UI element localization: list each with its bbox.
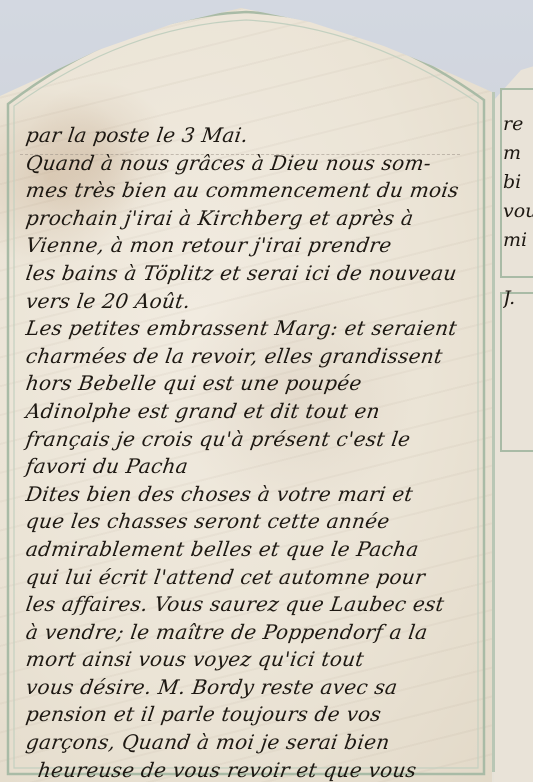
text-line: mes très bien au commencement du mois [24, 177, 490, 205]
side-line: re [503, 110, 533, 139]
text-line: heureuse de vous revoir et que vous [24, 757, 490, 782]
letter-body: par la poste le 3 Mai. Quand à nous grâc… [26, 122, 488, 782]
second-sheet-text: re m bi vou mi J. [503, 110, 533, 313]
letter-page: par la poste le 3 Mai. Quand à nous grâc… [0, 8, 492, 782]
text-line: Dites bien des choses à votre mari et [24, 481, 490, 509]
text-line: français je crois qu'à présent c'est le [24, 426, 490, 454]
side-line: vou [503, 197, 533, 226]
text-line: charmées de la revoir, elles grandissent [24, 343, 490, 371]
text-line: prochain j'irai à Kirchberg et après à [24, 205, 490, 233]
text-line: vers le 20 Août. [24, 288, 490, 316]
text-line: mort ainsi vous voyez qu'ici tout [24, 646, 490, 674]
side-line: mi [503, 226, 533, 255]
text-line: que les chasses seront cette année [24, 508, 490, 536]
side-line: m [503, 139, 533, 168]
side-line: J. [503, 284, 533, 313]
text-line: par la poste le 3 Mai. [24, 122, 490, 150]
text-line: Les petites embrassent Marg: et seraient [24, 315, 490, 343]
side-line: bi [503, 168, 533, 197]
second-sheet-edge-border [492, 92, 495, 772]
text-line: à vendre; le maître de Poppendorf a la [24, 619, 490, 647]
side-line [503, 255, 533, 284]
text-line: pension et il parle toujours de vos [24, 701, 490, 729]
text-line: favori du Pacha [24, 453, 490, 481]
second-sheet-lower-frame [500, 292, 533, 452]
text-line: hors Bebelle qui est une poupée [24, 370, 490, 398]
text-line: vous désire. M. Bordy reste avec sa [24, 674, 490, 702]
text-line: Adinolphe est grand et dit tout en [24, 398, 490, 426]
text-line: qui lui écrit l'attend cet automne pour [24, 564, 490, 592]
text-line: les bains à Töplitz et serai ici de nouv… [24, 260, 490, 288]
text-line: Quand à nous grâces à Dieu nous som- [24, 150, 490, 178]
text-line: garçons, Quand à moi je serai bien [24, 729, 490, 757]
text-line: Vienne, à mon retour j'irai prendre [24, 232, 490, 260]
text-line: les affaires. Vous saurez que Laubec est [24, 591, 490, 619]
text-line: admirablement belles et que le Pacha [24, 536, 490, 564]
